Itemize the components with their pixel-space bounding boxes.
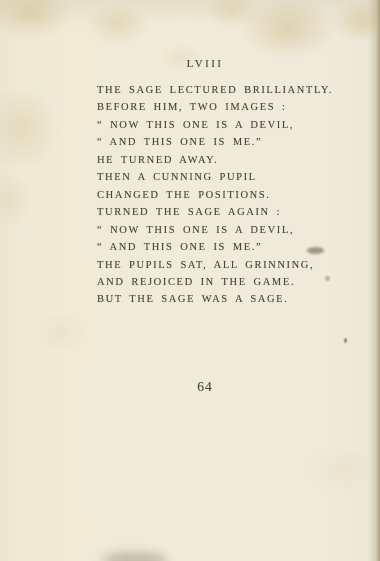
poem-section-number: LVIII <box>97 58 313 70</box>
poem-line: “ NOW THIS ONE IS A DEVIL, <box>97 117 333 134</box>
poem-line: THE SAGE LECTURED BRILLIANTLY. <box>97 82 333 99</box>
poem-line: BUT THE SAGE WAS A SAGE. <box>97 291 333 308</box>
poem-line: CHANGED THE POSITIONS. <box>97 187 333 204</box>
poem-text: THE SAGE LECTURED BRILLIANTLY. BEFORE HI… <box>97 82 333 309</box>
poem-line: “ NOW THIS ONE IS A DEVIL, <box>97 222 333 239</box>
bottom-edge-shadow <box>102 552 168 561</box>
poem-line: THE PUPILS SAT, ALL GRINNING, <box>97 257 333 274</box>
poem-line: HE TURNED AWAY. <box>97 152 333 169</box>
page-number: 64 <box>97 379 313 395</box>
poem-line: AND REJOICED IN THE GAME. <box>97 274 333 291</box>
dark-speck-stain <box>344 338 347 343</box>
poem-line: “ AND THIS ONE IS ME.” <box>97 239 333 256</box>
poem-line: THEN A CUNNING PUPIL <box>97 169 333 186</box>
book-page: LVIII THE SAGE LECTURED BRILLIANTLY. BEF… <box>0 0 380 561</box>
poem-line: “ AND THIS ONE IS ME.” <box>97 134 333 151</box>
poem-line: BEFORE HIM, TWO IMAGES : <box>97 99 333 116</box>
poem-line: TURNED THE SAGE AGAIN : <box>97 204 333 221</box>
